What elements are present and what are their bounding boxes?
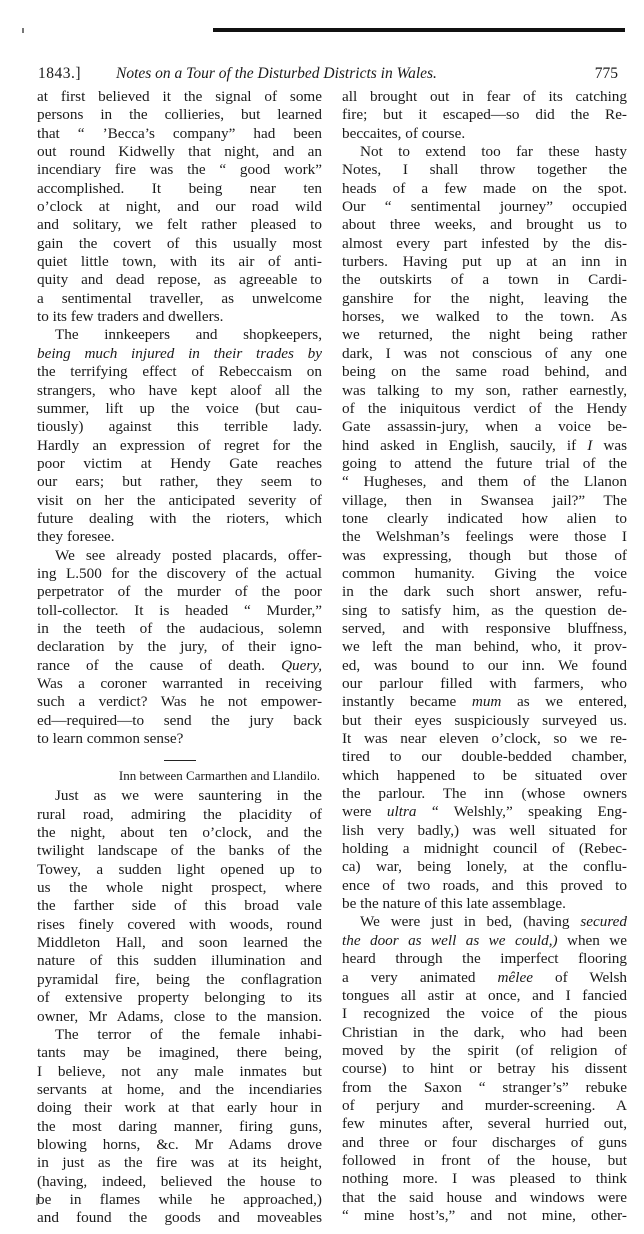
paragraph: We see already posted placards, offer-in…: [37, 547, 322, 657]
text-line: o’clock at night, and our road wild: [37, 198, 322, 216]
text-line: from the Saxon “ stranger’s” rebuke: [342, 1079, 627, 1097]
text-line: gain the covert of this usually most: [37, 235, 322, 253]
text-line: of the iniquitous verdict of the Hendy: [342, 400, 627, 418]
text-line: the night, about ten o’clock, and the: [37, 824, 322, 842]
text-line: tired to our double-bedded chamber,: [342, 748, 627, 766]
text-line: which happened to be situated over: [342, 767, 627, 785]
text-line: Our “ sentimental journey” occupied: [342, 198, 627, 216]
text-line: in just as the fire was at its height,: [37, 1154, 322, 1172]
text-line: turbers. Having put up at an inn in: [342, 253, 627, 271]
text-line: tongues all astir at once, and I fancied: [342, 987, 627, 1005]
text-line: and found the goods and moveables: [37, 1209, 322, 1227]
italic-text: mum: [472, 693, 502, 710]
text-line: and solitary, we felt rather pleased to: [37, 216, 322, 234]
text-line: rural road, admiring the placidity of: [37, 806, 322, 824]
text-line: Christian in the dark, who had been: [342, 1024, 627, 1042]
text-line: servants at home, and the incendiaries: [37, 1081, 322, 1099]
text-line: We see already posted placards, offer-: [37, 547, 322, 565]
text-span: were: [342, 803, 387, 820]
left-column: at first believed it the signal of somep…: [37, 88, 322, 1228]
text-line: fire; but it escaped—so did the Re-: [342, 106, 627, 124]
italic-text: Query,: [281, 657, 322, 674]
text-line: be the nature of this late assemblage.: [342, 895, 627, 913]
text-line: ed—required—to send the jury back: [37, 712, 322, 730]
text-line: The innkeepers and shopkeepers,: [37, 326, 322, 344]
text-line: almost every part infested by the dis-: [342, 235, 627, 253]
text-line: summer, lift up the voice (but cau-: [37, 400, 322, 418]
text-line: ganshire for the night, leaving the: [342, 290, 627, 308]
text-line: all brought out in fear of its catching: [342, 88, 627, 106]
text-line: we left the man behind, who, it prov-: [342, 638, 627, 656]
text-line: to learn common sense?: [37, 730, 322, 748]
text-line: Hardly an expression of regret for the: [37, 437, 322, 455]
italic-text: ultra: [387, 803, 417, 820]
text-line: was expressing, though but those of: [342, 547, 627, 565]
text-line: “ Hugheses, and them of the Llanon: [342, 473, 627, 491]
text-span: hind asked in English, saucily, if: [342, 437, 587, 454]
text-line: village, then in Swansea jail?” The: [342, 492, 627, 510]
text-line: heads of a few made on the spot.: [342, 180, 627, 198]
text-line: a very animated mêlee of Welsh: [342, 969, 627, 987]
text-line: visit on her the anticipated severity of: [37, 492, 322, 510]
text-line: was talking to my son, rather earnestly,: [342, 382, 627, 400]
text-span: of Welsh: [533, 969, 627, 986]
text-line: the outskirts of a town in Cardi-: [342, 271, 627, 289]
text-line: poor victim at Hendy Gate reaches: [37, 455, 322, 473]
text-line: We were just in bed, (having secured: [342, 913, 627, 931]
paragraph: going to attend the future trial of the“…: [342, 455, 627, 693]
text-line: owner, Mr Adams, close to the mansion.: [37, 1008, 322, 1026]
text-line: common humanity. Giving the voice: [342, 565, 627, 583]
text-span: We were just in bed, (having: [360, 913, 580, 930]
text-line: sing to satisfy him, as the question de-: [342, 602, 627, 620]
text-line: nature of this sudden illumination and: [37, 952, 322, 970]
text-line: of perjury and murder-screening. A: [342, 1097, 627, 1115]
scan-mark: [22, 28, 24, 33]
text-line: Towey, a sudden light opened up to: [37, 861, 322, 879]
text-line: such a verdict? Was he not empower-: [37, 693, 322, 711]
text-line: pyramidal fire, being the conflagration: [37, 971, 322, 989]
paragraph: lish very badly,) was well situated forh…: [342, 822, 627, 914]
text-line: that the said house and windows were: [342, 1189, 627, 1207]
header-year: 1843.]: [38, 64, 81, 84]
text-line: the Welshman’s feelings were those I: [342, 528, 627, 546]
text-line: doing their work at that early hour in: [37, 1099, 322, 1117]
text-line: going to attend the future trial of the: [342, 455, 627, 473]
text-line: Just as we were sauntering in the: [37, 787, 322, 805]
text-line: the parlour. The inn (whose owners: [342, 785, 627, 803]
text-line: I believe, not any male inmates but: [37, 1063, 322, 1081]
italic-text: being much injured in their trades by: [37, 345, 322, 362]
text-line: Middleton Hall, and soon learned the: [37, 934, 322, 952]
text-line: out round Kidwelly that night, and an: [37, 143, 322, 161]
text-line: be in flames while he approached,): [37, 1191, 322, 1209]
text-line: tants may be imagined, there being,: [37, 1044, 322, 1062]
paragraph: Was a coroner warranted in receivingsuch…: [37, 675, 322, 748]
text-span: “ Welshly,” speaking Eng-: [416, 803, 627, 820]
text-line: ca) war, being lonely, at the conflu-: [342, 858, 627, 876]
text-line: heard through the imperfect flooring: [342, 950, 627, 968]
text-line: Was a coroner warranted in receiving: [37, 675, 322, 693]
text-line: incendiary fire was the “ good work”: [37, 161, 322, 179]
text-span: rance of the cause of death.: [37, 657, 265, 674]
text-line: ed, was bound to our inn. We found: [342, 657, 627, 675]
text-line: perpetrator of the murder of the poor: [37, 583, 322, 601]
text-line: being much injured in their trades by: [37, 345, 322, 363]
text-line: “ mine host’s,” and not mine, other-: [342, 1207, 627, 1225]
text-line: quity and dead repose, as agreeable to: [37, 271, 322, 289]
text-line: followed in front of the house, but: [342, 1152, 627, 1170]
paragraph: Just as we were sauntering in therural r…: [37, 787, 322, 1025]
text-line: the most daring manner, firing guns,: [37, 1118, 322, 1136]
section-heading: Inn between Carmarthen and Llandilo.: [37, 767, 322, 785]
text-line: in the dark such short answer, refu-: [342, 583, 627, 601]
text-line: us the whole night prospect, where: [37, 879, 322, 897]
text-line: the door as well as we could,) when we: [342, 932, 627, 950]
running-header: 1843.] Notes on a Tour of the Disturbed …: [38, 64, 618, 84]
text-line: ing L.500 for the discovery of the actua…: [37, 565, 322, 583]
text-span: a very animated: [342, 969, 498, 986]
text-span: instantly became: [342, 693, 472, 710]
text-line: moved by the spirit (of religion of: [342, 1042, 627, 1060]
text-line: twilight landscape of the banks of the: [37, 842, 322, 860]
text-line: accomplished. It being near ten: [37, 180, 322, 198]
text-line: served, and with responsive bluffness,: [342, 620, 627, 638]
text-line: we returned, the night being rather: [342, 326, 627, 344]
text-line: The terror of the female inhabi-: [37, 1026, 322, 1044]
text-line: they foresee.: [37, 528, 322, 546]
text-line: declaration by the jury, of their igno-: [37, 638, 322, 656]
paragraph: The innkeepers and shopkeepers, being mu…: [37, 326, 322, 363]
text-line: instantly became mum as we entered,: [342, 693, 627, 711]
text-line: of extensive property belonging to its: [37, 989, 322, 1007]
text-line: course) to hint or betray his dissent: [342, 1060, 627, 1078]
text-line: tiously) against this terrible lady.: [37, 418, 322, 436]
text-line: Gate assassin-jury, when a voice be-: [342, 418, 627, 436]
text-line: persons in the collieries, but learned: [37, 106, 322, 124]
paragraph: Not to extend too far these hastyNotes, …: [342, 143, 627, 437]
text-line: our ears; but rather, they seem to: [37, 473, 322, 491]
text-span: as we entered,: [501, 693, 627, 710]
text-line: ence of two roads, and this proved to: [342, 877, 627, 895]
scan-mark: [36, 1197, 38, 1205]
top-rule: [213, 28, 625, 32]
text-line: quiet little town, with its air of anti-: [37, 253, 322, 271]
text-line: rises finely covered with woods, round: [37, 916, 322, 934]
text-line: strangers, who have kept aloof all the: [37, 382, 322, 400]
text-line: and three or four discharges of guns: [342, 1134, 627, 1152]
text-line: few minutes after, several hurried out,: [342, 1115, 627, 1133]
text-line: blowing horns, &c. Mr Adams drove: [37, 1136, 322, 1154]
text-line: nothing more. I was pleased to think: [342, 1170, 627, 1188]
text-line: tone clearly indicated how alien to: [342, 510, 627, 528]
text-line: I recognized the voice of the pious: [342, 1005, 627, 1023]
page-number: 775: [595, 64, 618, 84]
text-line: a sentimental traveller, as unwelcome: [37, 290, 322, 308]
text-line: (having, indeed, believed the house to: [37, 1173, 322, 1191]
text-line: rance of the cause of death. Query,: [37, 657, 322, 675]
text-line: future dealing with the rioters, which: [37, 510, 322, 528]
text-line: being on the same road behind, and: [342, 363, 627, 381]
right-column: all brought out in fear of its catchingf…: [342, 88, 627, 1225]
text-line: our parlour filled with farmers, who: [342, 675, 627, 693]
paragraph: The terror of the female inhabi-tants ma…: [37, 1026, 322, 1228]
italic-text: secured: [580, 913, 627, 930]
text-line: toll-collector. It is headed “ Murder,”: [37, 602, 322, 620]
text-line: Notes, I shall throw together the: [342, 161, 627, 179]
text-line: holding a midnight council of (Rebec-: [342, 840, 627, 858]
text-line: to its few traders and dwellers.: [37, 308, 322, 326]
paragraph: but their eyes suspiciously surveyed us.…: [342, 712, 627, 804]
italic-text: the door as well as we could,): [342, 932, 558, 949]
paragraph: tongues all astir at once, and I fancied…: [342, 987, 627, 1225]
text-line: in the teeth of the audacious, solemn: [37, 620, 322, 638]
text-line: at first believed it the signal of some: [37, 88, 322, 106]
text-line: hind asked in English, saucily, if I was: [342, 437, 627, 455]
paragraph: all brought out in fear of its catchingf…: [342, 88, 627, 143]
text-line: the terrifying effect of Rebeccaism on: [37, 363, 322, 381]
text-line: were ultra “ Welshly,” speaking Eng-: [342, 803, 627, 821]
text-line: beccaites, of course.: [342, 125, 627, 143]
text-line: about three weeks, and brought us to: [342, 216, 627, 234]
section-separator: [164, 760, 196, 761]
text-line: but their eyes suspiciously surveyed us.: [342, 712, 627, 730]
text-line: lish very badly,) was well situated for: [342, 822, 627, 840]
paragraph: at first believed it the signal of somep…: [37, 88, 322, 326]
text-line: that “ ’Becca’s company” had been: [37, 125, 322, 143]
text-line: dark, I was not conscious of any one: [342, 345, 627, 363]
text-line: horses, we walked to the town. As: [342, 308, 627, 326]
text-line: the farther side of this broad vale: [37, 897, 322, 915]
text-span: was: [592, 437, 627, 454]
text-line: It was near eleven o’clock, so we re-: [342, 730, 627, 748]
paragraph: the terrifying effect of Rebeccaism onst…: [37, 363, 322, 546]
italic-text: mêlee: [498, 969, 533, 986]
text-line: Not to extend too far these hasty: [342, 143, 627, 161]
header-title: Notes on a Tour of the Disturbed Distric…: [116, 64, 437, 84]
text-span: when we: [558, 932, 627, 949]
